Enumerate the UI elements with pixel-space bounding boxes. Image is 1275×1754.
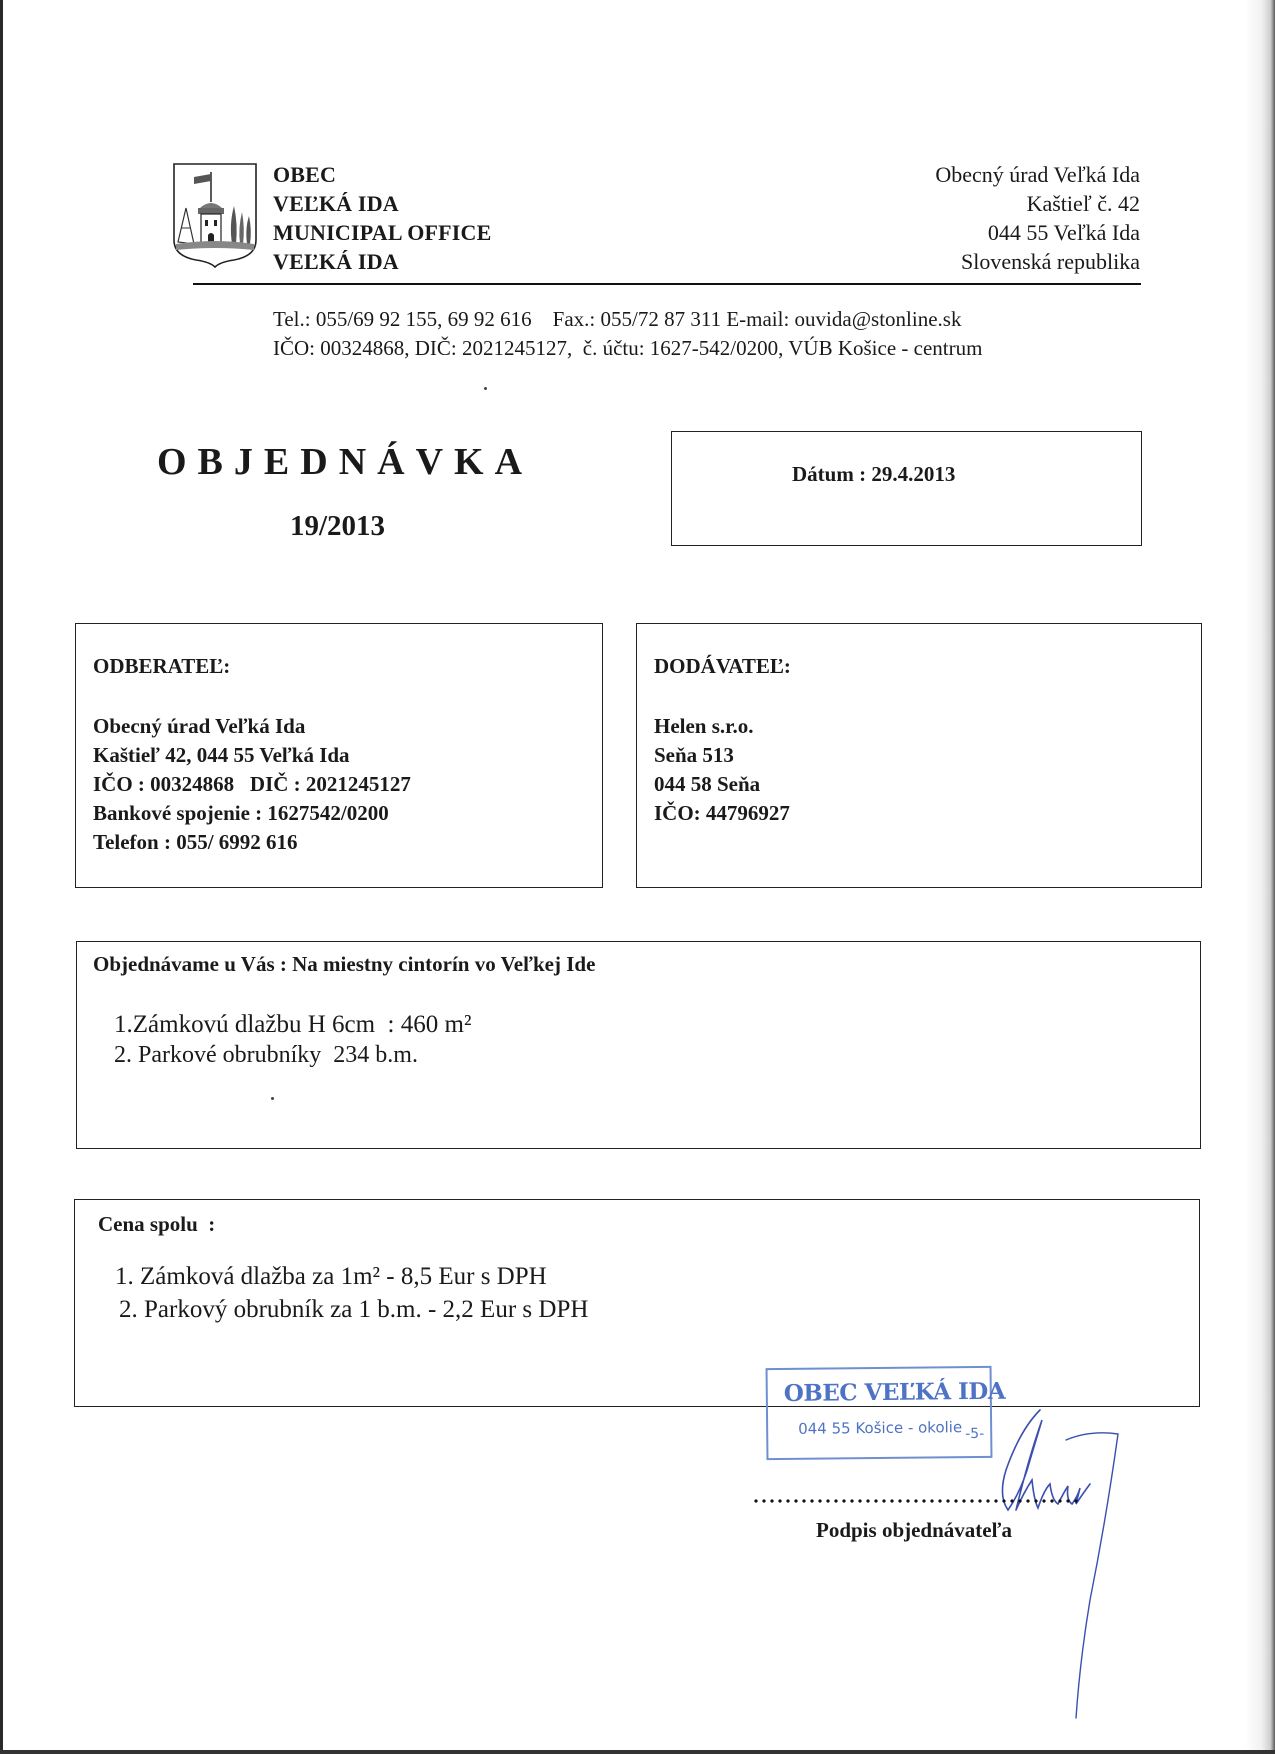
contact-line-registration: IČO: 00324868, DIČ: 2021245127, č. účtu:… (273, 334, 982, 363)
order-box: Objednávame u Vás : Na miestny cintorín … (76, 941, 1201, 1149)
supplier-heading: DODÁVATEĽ: (654, 654, 791, 679)
scan-speck (484, 387, 487, 390)
price-heading: Cena spolu : (98, 1212, 215, 1237)
buyer-line: Bankové spojenie : 1627542/0200 (93, 799, 411, 828)
org-line: MUNICIPAL OFFICE (273, 218, 492, 247)
order-number: 19/2013 (290, 510, 385, 543)
handwritten-signature-icon (980, 1400, 1140, 1720)
buyer-line: Obecný úrad Veľká Ida (93, 712, 411, 741)
coat-of-arms-icon (172, 162, 258, 268)
buyer-line: Kaštieľ 42, 044 55 Veľká Ida (93, 741, 411, 770)
buyer-details: Obecný úrad Veľká Ida Kaštieľ 42, 044 55… (93, 712, 411, 857)
contact-line-phone-email: Tel.: 055/69 92 155, 69 92 616 Fax.: 055… (273, 305, 982, 334)
order-item: 2. Parkové obrubníky 234 b.m. (114, 1040, 471, 1071)
supplier-line: Seňa 513 (654, 741, 790, 770)
order-items: 1.Zámkovú dlažbu H 6cm : 460 m² 2. Parko… (114, 1009, 471, 1071)
org-line: VEĽKÁ IDA (273, 189, 492, 218)
price-items: 1. Zámková dlažba za 1m² - 8,5 Eur s DPH… (115, 1260, 588, 1326)
scan-edge-left (0, 0, 3, 1754)
buyer-line: IČO : 00324868 DIČ : 2021245127 (93, 770, 411, 799)
price-item: 1. Zámková dlažba za 1m² - 8,5 Eur s DPH (115, 1260, 588, 1293)
supplier-line: 044 58 Seňa (654, 770, 790, 799)
header-divider (193, 283, 1141, 285)
org-line: OBEC (273, 160, 492, 189)
supplier-line: Helen s.r.o. (654, 712, 790, 741)
address-line: Obecný úrad Veľká Ida (935, 160, 1140, 189)
buyer-heading: ODBERATEĽ: (93, 654, 230, 679)
contact-info: Tel.: 055/69 92 155, 69 92 616 Fax.: 055… (273, 305, 982, 363)
buyer-line: Telefon : 055/ 6992 616 (93, 828, 411, 857)
buyer-box: ODBERATEĽ: Obecný úrad Veľká Ida Kaštieľ… (75, 623, 603, 888)
signature-line (752, 1498, 1082, 1504)
supplier-line: IČO: 44796927 (654, 799, 790, 828)
signature-label: Podpis objednávateľa (816, 1518, 1012, 1543)
address-line: 044 55 Veľká Ida (935, 218, 1140, 247)
stamp-title: OBEC VEĽKÁ IDA (784, 1378, 1006, 1407)
stamp-address: 044 55 Košice - okolie (798, 1418, 962, 1438)
date-box: Dátum : 29.4.2013 (671, 431, 1142, 546)
scan-edge-bottom (0, 1750, 1275, 1754)
scan-speck (271, 1097, 274, 1100)
supplier-details: Helen s.r.o. Seňa 513 044 58 Seňa IČO: 4… (654, 712, 790, 828)
org-line: VEĽKÁ IDA (273, 247, 492, 276)
address-line: Slovenská republika (935, 247, 1140, 276)
scan-edge-right (1245, 0, 1275, 1754)
supplier-box: DODÁVATEĽ: Helen s.r.o. Seňa 513 044 58 … (636, 623, 1202, 888)
price-item: 2. Parkový obrubník za 1 b.m. - 2,2 Eur … (115, 1293, 588, 1326)
order-date: Dátum : 29.4.2013 (792, 462, 955, 487)
document-title: OBJEDNÁVKA (157, 440, 533, 484)
address-line: Kaštieľ č. 42 (935, 189, 1140, 218)
official-stamp: OBEC VEĽKÁ IDA 044 55 Košice - okolie -5… (766, 1366, 993, 1460)
organization-name: OBEC VEĽKÁ IDA MUNICIPAL OFFICE VEĽKÁ ID… (273, 160, 492, 276)
price-box: Cena spolu : 1. Zámková dlažba za 1m² - … (74, 1199, 1200, 1407)
order-heading: Objednávame u Vás : Na miestny cintorín … (93, 952, 595, 977)
office-address: Obecný úrad Veľká Ida Kaštieľ č. 42 044 … (935, 160, 1140, 276)
order-item: 1.Zámkovú dlažbu H 6cm : 460 m² (114, 1009, 471, 1040)
